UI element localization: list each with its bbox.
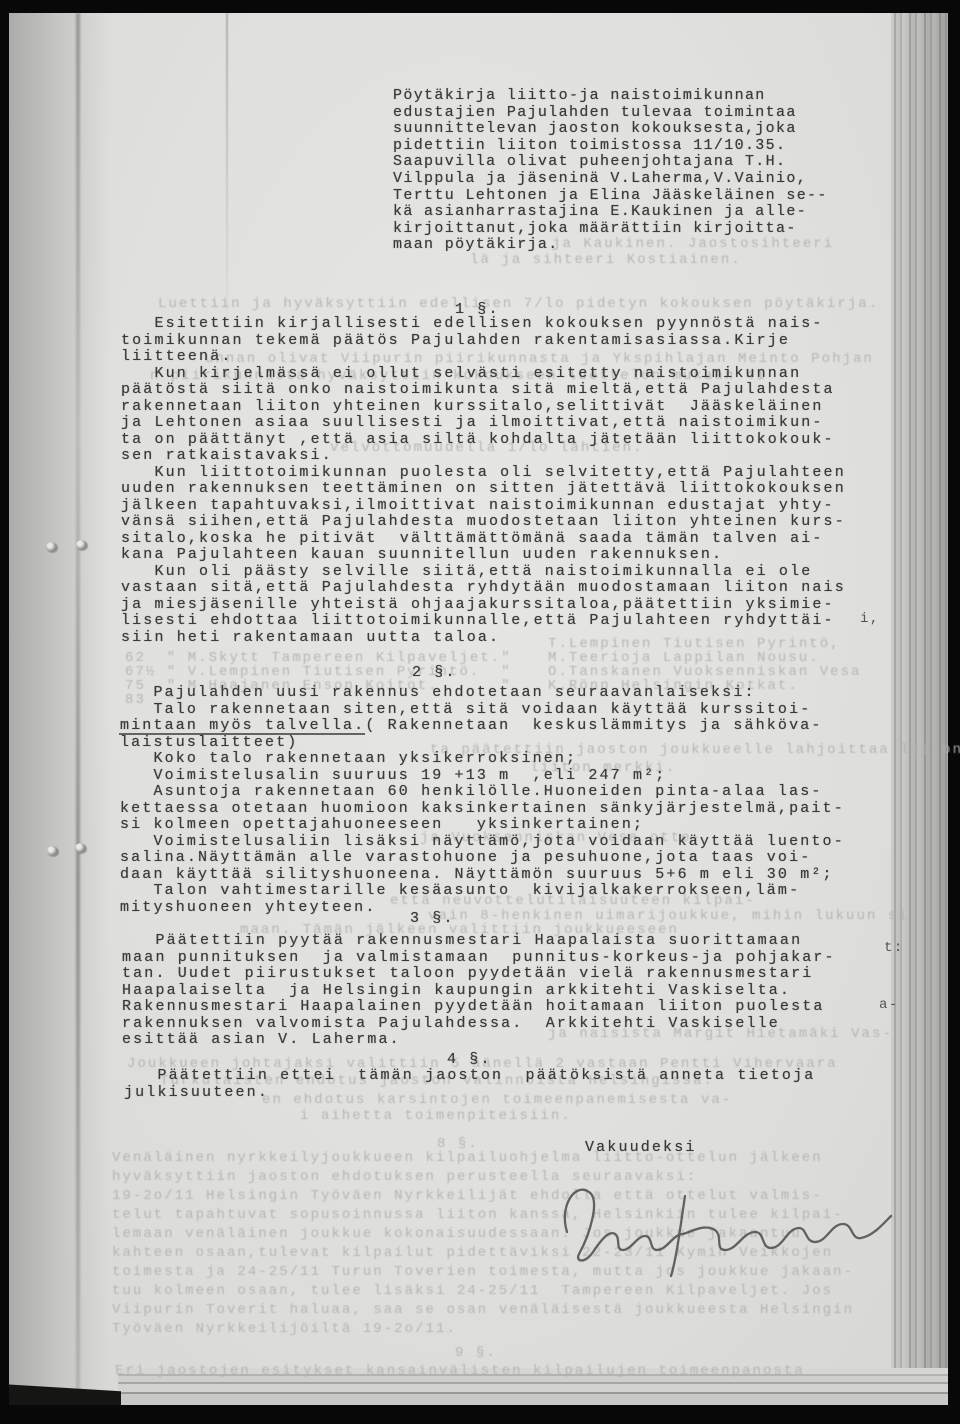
binder-rivet <box>47 846 58 856</box>
closing-attestation: Vakuudeksi <box>585 1139 697 1156</box>
header-line: Vilppula ja jäseninä V.Laherma,V.Vainio, <box>393 171 828 188</box>
text-line: ta on päättänyt ,että asia siltä kohdalt… <box>121 432 846 449</box>
header-line: suunnittelevan jaoston kokouksesta,joka <box>393 121 828 138</box>
scanned-document-photo: { "scan": { "frame_color": "#080808", "p… <box>0 0 960 1424</box>
text-line: rakennuksen valvomista Pajulahdessa. Ark… <box>122 1016 836 1033</box>
text-line: laistuslaitteet) <box>120 735 845 752</box>
bleedthrough-line: lä ja sihteeri Kostiainen. <box>470 252 742 268</box>
text-line: Voimistelusalin suuruus 19 +13 m ,eli 24… <box>120 768 845 785</box>
section-4-heading: 4 §. <box>447 1051 492 1068</box>
text-line: sen ratkaistavaksi. <box>121 448 846 465</box>
binder-rivet <box>46 542 57 552</box>
text-line: rakennetaan liiton yhteinen kurssitalo,s… <box>121 399 846 416</box>
protocol-header: Pöytäkirja liitto-ja naistoimikunnanedus… <box>393 88 828 254</box>
header-line: maan pöytäkirja. <box>393 237 828 254</box>
text-line: Kun kirjelmässä ei ollut selvästi esitet… <box>121 366 846 383</box>
text-line: Asuntoja rakennetaan 60 henkilölle.Huone… <box>120 784 845 801</box>
header-line: kirjoittanut,joka määrättiin kirjoitta- <box>393 221 828 238</box>
text-line: Pajulahden uusi rakennus ehdotetaan seur… <box>120 685 845 702</box>
bleedthrough-line: Työväen Nyrkkeilijöiltä 19-2o/11. <box>112 1321 457 1337</box>
header-line: Terttu Lehtonen ja Elina Jääskeläinen se… <box>393 188 828 205</box>
text-line: salina.Näyttämän alle varastohuone ja pe… <box>120 850 845 867</box>
text-line: sitalo,koska he pitivät välttämättömänä … <box>121 531 846 548</box>
text-line: Rakennusmestari Haapalainen pyydetään ho… <box>122 999 836 1016</box>
bleedthrough-line: tuu kolmeen osaan, tulee lisäksi 24-25/1… <box>112 1283 833 1299</box>
bleedthrough-line: 9 §. <box>455 1345 497 1361</box>
text-line: Päätettiin pyytää rakennusmestari Haapal… <box>122 933 836 950</box>
header-line: pidettiin liiton toimistossa 11/10.35. <box>393 138 828 155</box>
text-line: Esitettiin kirjallisesti edellisen kokou… <box>121 316 846 333</box>
header-line: kä asianharrastajina E.Kaukinen ja alle- <box>393 204 828 221</box>
bleedthrough-line: Eri jaostojen esitykset kansainvälisten … <box>115 1363 805 1379</box>
section-1-text: Esitettiin kirjallisesti edellisen kokou… <box>121 316 846 646</box>
text-line: päätöstä siitä onko naistoimikunta sitä … <box>121 382 846 399</box>
text-line: Kun liittotoimikunnan puolesta oli selvi… <box>121 465 846 482</box>
paper-crease <box>226 13 228 323</box>
gutter-fold-line <box>76 13 80 1405</box>
edge-fragment: a- <box>879 997 899 1013</box>
header-line: Pöytäkirja liitto-ja naistoimikunnan <box>393 88 828 105</box>
edge-fragment: t: <box>884 940 904 956</box>
text-line: julkisuuteen. <box>124 1085 815 1102</box>
text-line: lisesti ehdottaa liittotoimikunnalle,ett… <box>121 613 846 630</box>
bleedthrough-line: Viipurin Toverit haluaa, saa se osan ven… <box>112 1302 854 1318</box>
text-line: vastaan sitä,että Pajulahdesta ryhdytään… <box>121 580 846 597</box>
section-3-heading: 3 §. <box>410 910 455 927</box>
text-line: toimikunnan tekemä päätös Pajulahden rak… <box>121 333 846 350</box>
binding-gutter <box>9 13 114 1405</box>
text-line: kana Pajulahteen kauan suunnitellun uude… <box>121 547 846 564</box>
text-line: jälkeen tapahtuvaksi,ilmoittivat naistoi… <box>121 498 846 515</box>
text-line: mityshuoneen yhteyteen. <box>120 900 845 917</box>
text-line: Kun oli päästy selville siitä,että naist… <box>121 564 846 581</box>
typewriter-underline <box>119 733 365 735</box>
text-line: Voimistelusaliin lisäksi näyttämö,jota v… <box>120 834 845 851</box>
text-line: ja miesjäsenille yhteistä ohjaajakurssit… <box>121 597 846 614</box>
text-line: kettaessa otetaan huomioon kaksinkertain… <box>120 801 845 818</box>
section-2-text: Pajulahden uusi rakennus ehdotetaan seur… <box>120 685 845 916</box>
text-line: Päätettiin ettei tämän jaoston päätöksis… <box>124 1068 815 1085</box>
section-2-heading: 2 §. <box>412 664 457 681</box>
section-3-text: Päätettiin pyytää rakennusmestari Haapal… <box>122 933 836 1049</box>
text-line: siin heti rakentamaan uutta taloa. <box>121 630 846 647</box>
section-4-text: Päätettiin ettei tämän jaoston päätöksis… <box>124 1068 815 1101</box>
bleedthrough-line: i aihetta toimenpiteisiin. <box>300 1108 572 1124</box>
text-line: Haapalaiselta ja Helsingin kaupungin ark… <box>122 983 836 1000</box>
handwritten-signature <box>545 1158 905 1278</box>
text-line: Talo rakennetaan siten,että sitä voidaan… <box>120 702 845 719</box>
text-line: Talon vahtimestarille kesäasunto kivijal… <box>120 883 845 900</box>
text-line: esittää asian V. Laherma. <box>122 1032 836 1049</box>
text-line: uuden rakennuksen teettäminen on sitten … <box>121 481 846 498</box>
text-line: tan. Uudet piirustukset taloon pyydetään… <box>122 966 836 983</box>
text-line: si kolmeen opettajahuoneeseen yksinkerta… <box>120 817 845 834</box>
edge-fragment: i, <box>860 611 880 627</box>
text-line: daan käyttää silityshuoneena. Näyttämön … <box>120 867 845 884</box>
text-line: maan punnituksen ja valmistamaan punnitu… <box>122 950 836 967</box>
text-line: vänsä siihen,että Pajulahdesta muodostet… <box>121 514 846 531</box>
text-line: liitteenä. <box>121 349 846 366</box>
bleedthrough-line: Luettiin ja hyväksyttiin edellisen 7/lo … <box>158 296 879 312</box>
binder-rivet <box>75 843 86 853</box>
text-line: ja Lehtonen asiaa suullisesti ja ilmoitt… <box>121 415 846 432</box>
header-line: Saapuvilla olivat puheenjohtajana T.H. <box>393 154 828 171</box>
text-line: Koko talo rakennetaan yksikerroksinen; <box>120 751 845 768</box>
header-line: edustajien Pajulahden tulevaa toimintaa <box>393 105 828 122</box>
binder-rivet <box>76 540 87 550</box>
